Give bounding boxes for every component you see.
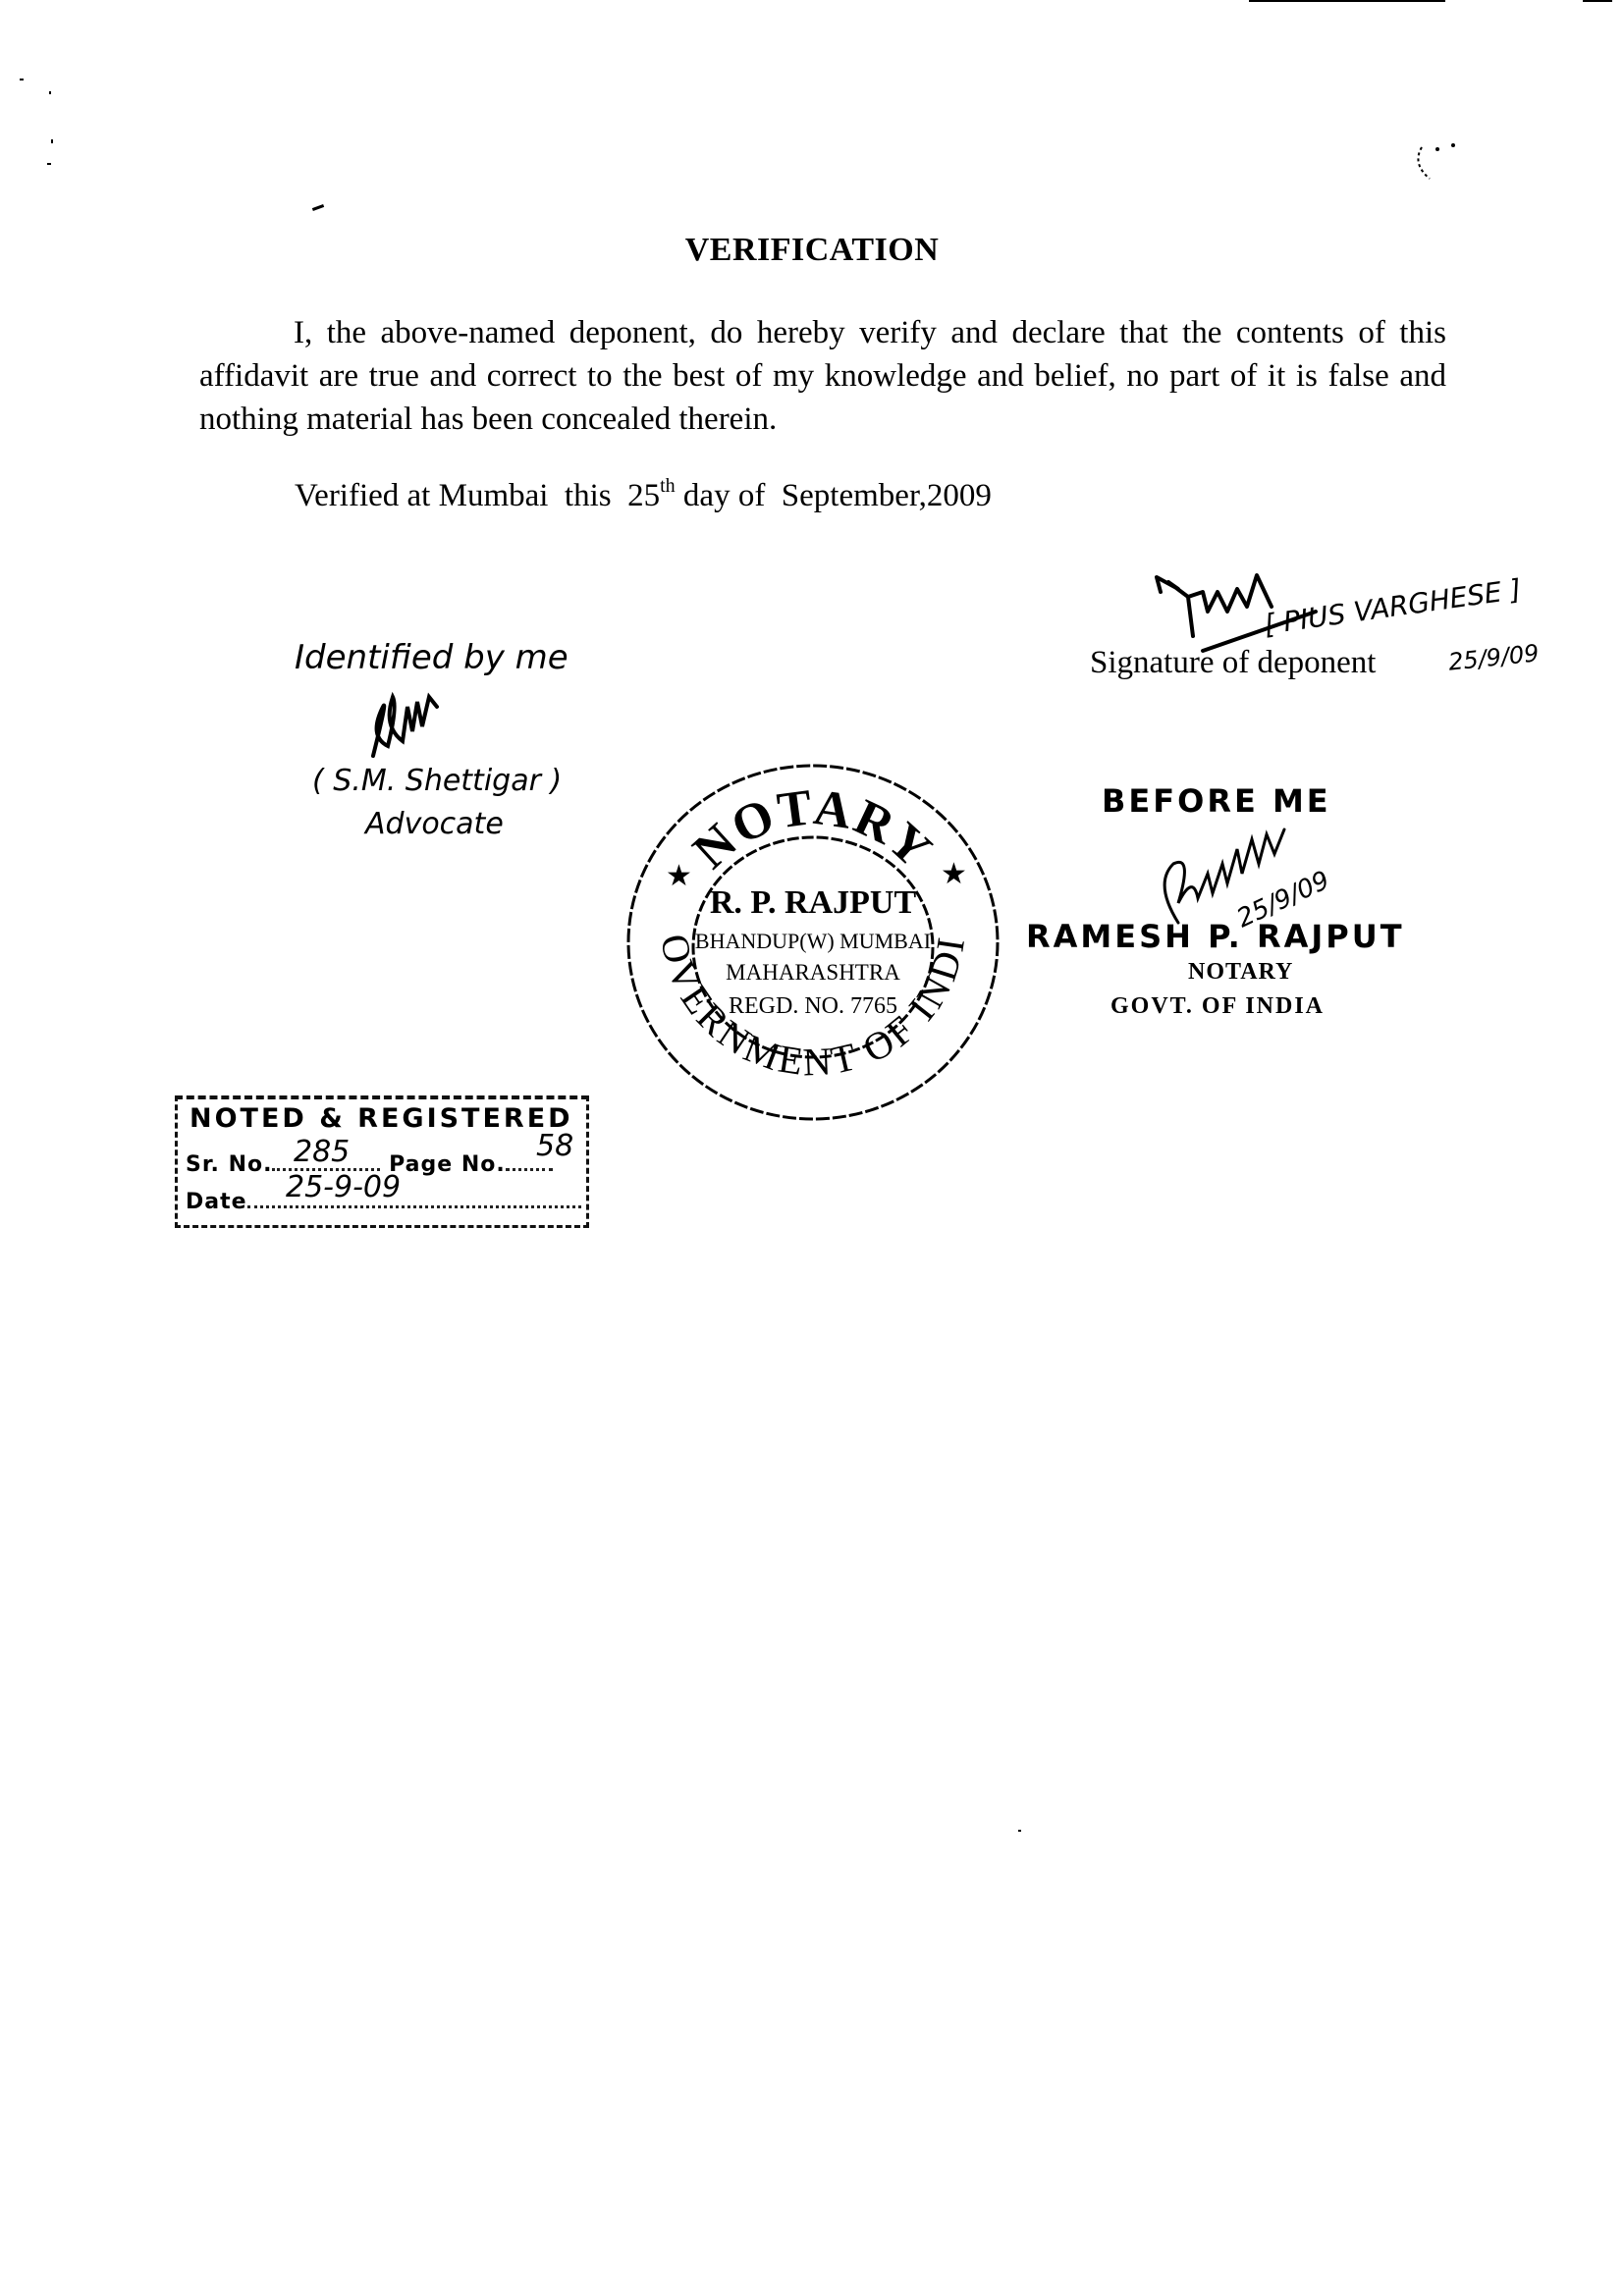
notary-govt: GOVT. OF INDIA bbox=[1110, 993, 1325, 1020]
registration-date-value: 25-9-09 bbox=[286, 1170, 401, 1204]
document-title: VERIFICATION bbox=[0, 232, 1624, 269]
star-icon: ★ bbox=[941, 857, 967, 891]
seal-registration: REGD. NO. 7765 bbox=[729, 993, 897, 1019]
before-me-heading: BEFORE ME bbox=[1102, 782, 1331, 820]
advocate-role: Advocate bbox=[365, 807, 504, 841]
notary-name: RAMESH P. RAJPUT bbox=[1026, 918, 1405, 955]
seal-state: MAHARASHTRA bbox=[726, 960, 900, 985]
seal-name: R. P. RAJPUT bbox=[710, 884, 917, 921]
scan-speck bbox=[312, 204, 324, 211]
signature-label: Signature of deponent bbox=[1090, 645, 1376, 681]
scan-speck bbox=[1018, 1830, 1021, 1832]
svg-text:NOTARY: NOTARY bbox=[682, 779, 943, 880]
scan-edge-line bbox=[1249, 0, 1445, 2]
registration-sr-value: 285 bbox=[294, 1135, 350, 1169]
registration-title: NOTED & REGISTERED bbox=[189, 1103, 573, 1134]
scan-speck bbox=[49, 91, 51, 94]
scan-speck bbox=[20, 79, 24, 80]
scan-mark-icon bbox=[1412, 139, 1471, 188]
advocate-name: ( S.M. Shettigar ) bbox=[312, 764, 562, 798]
registration-page-value: 58 bbox=[536, 1129, 573, 1163]
verification-text: I, the above-named deponent, do hereby v… bbox=[199, 315, 1446, 437]
star-icon: ★ bbox=[666, 859, 692, 893]
advocate-signature bbox=[358, 687, 447, 766]
notary-seal: NOTARY GOVERNMENT OF INDIA ★ ★ R. P. RAJ… bbox=[617, 756, 1009, 1129]
notary-title: NOTARY bbox=[1188, 959, 1293, 986]
scan-speck bbox=[47, 163, 51, 165]
identified-note: Identified by me bbox=[295, 638, 568, 677]
seal-location: BHANDUP(W) MUMBAI bbox=[695, 929, 931, 953]
verified-line: Verified at Mumbai this 25th day of Sept… bbox=[295, 478, 992, 514]
scan-speck bbox=[51, 139, 53, 143]
scan-edge-line bbox=[1583, 0, 1612, 2]
registration-stamp: NOTED & REGISTERED Sr. No. Page No. 285 … bbox=[175, 1095, 589, 1228]
verification-paragraph: I, the above-named deponent, do hereby v… bbox=[199, 311, 1446, 441]
seal-top-text: NOTARY bbox=[682, 779, 943, 880]
deponent-date: 25/9/09 bbox=[1447, 639, 1541, 676]
